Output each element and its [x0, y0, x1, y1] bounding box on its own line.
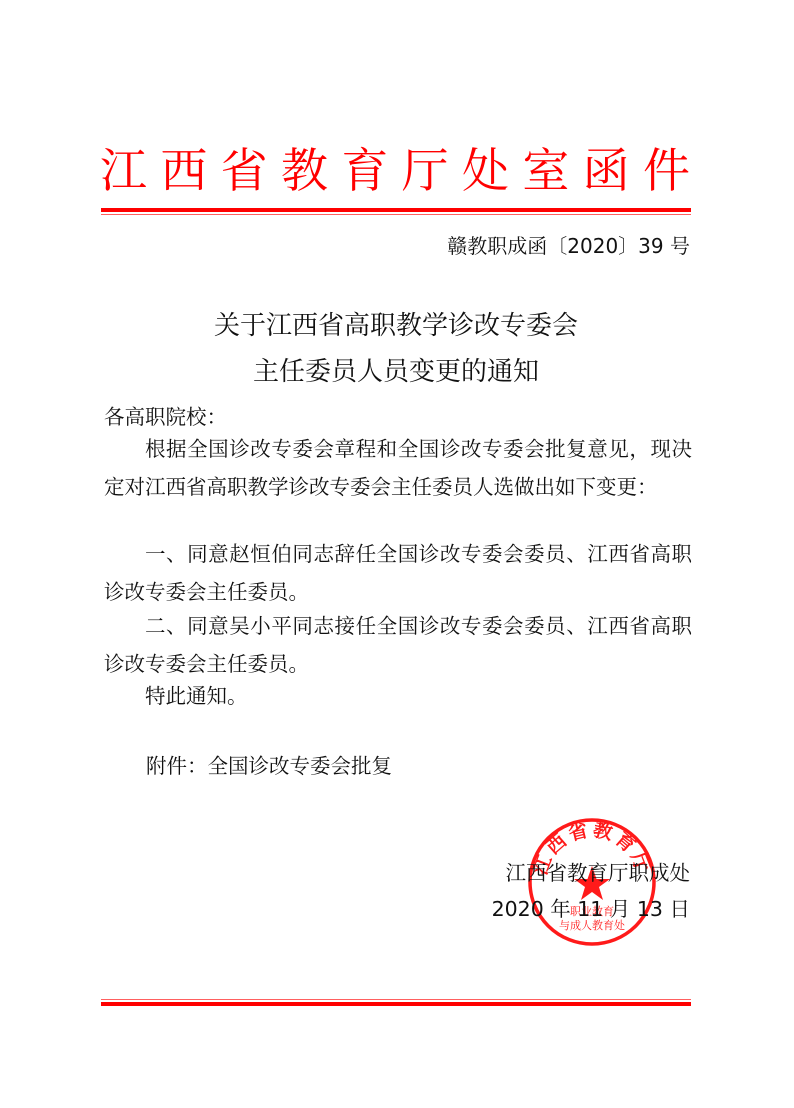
paragraph-closing: 特此通知。: [104, 677, 692, 715]
attachment-line: 附件：全国诊改专委会批复: [146, 750, 392, 782]
signing-organization: 江西省教育厅职成处: [506, 857, 691, 889]
footer-rule-thick: [101, 1002, 691, 1006]
letterhead-rule-thin: [101, 214, 691, 215]
paragraph-decision: 根据全国诊改专委会章程和全国诊改专委会批复意见，现决定对江西省高职教学诊改专委会…: [104, 430, 692, 506]
signing-date: 2020 年 11 月 13 日: [492, 893, 690, 925]
document-number: 赣教职成函〔2020〕39 号: [447, 232, 690, 260]
paragraph-item-one: 一、同意赵恒伯同志辞任全国诊改专委会委员、江西省高职诊改专委会主任委员。: [104, 535, 692, 611]
notice-title-line1: 关于江西省高职教学诊改专委会: [100, 306, 692, 346]
letterhead-title: 江西省教育厅处室函件: [100, 140, 692, 204]
document-page: 江西省教育厅处室函件 赣教职成函〔2020〕39 号 关于江西省高职教学诊改专委…: [0, 0, 794, 1108]
footer-rule-thin: [101, 999, 691, 1000]
paragraph-item-two: 二、同意吴小平同志接任全国诊改专委会委员、江西省高职诊改专委会主任委员。: [104, 607, 692, 683]
notice-title-line2: 主任委员人员变更的通知: [100, 352, 692, 392]
letterhead-rule-thick: [101, 208, 691, 212]
